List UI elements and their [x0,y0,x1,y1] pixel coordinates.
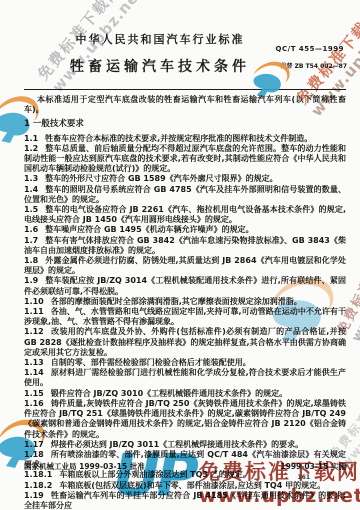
clause-number: 1.12 [24,327,44,336]
clause: 1.6整车噪声应符合 GB 1495《机动车辆允许噪声》的规定。 [24,225,346,235]
clause-text: 外露金属件必须进行防腐、防锈处理,其质量达到 JB 2864《汽车用电镀层和化学… [24,256,346,275]
clause-text: 整车的电气设备应符合 JB 2261《汽车、拖拉机用电气设备基本技术条件》的规定… [24,205,346,224]
clause-number: 1.6 [24,225,38,234]
clause: 1.12改装用的汽车底盘及外协、外购件(包括标准件)必须有制造厂的产品合格证,并… [24,327,346,358]
clause-text: 整车的外形尺寸应符合 GB 1589《汽车外廓尺寸限界》的规定。 [45,174,278,183]
watermark-site-name: 免费标准下载网 [199,460,360,485]
clause-number: 1.18.2 [24,481,52,490]
clause-text: 锻件应符合 JB/ZQ 3010《工程机械锻件通用技术条件》的规定。 [51,389,287,398]
clause: 1.8外露金属件必须进行防腐、防锈处理,其质量达到 JB 2864《汽车用电镀层… [24,256,346,276]
clause-number: 1.2 [24,144,38,153]
watermark-site-url: www.upbz.net [199,485,360,507]
clause: 1.10各部的摩擦面装配时全部涂满润滑脂,其它摩擦表面按规定涂加润滑脂。 [24,297,346,307]
clause-text: 自制的零、部件需经检验部门检验合格后才能装配使用。 [51,358,251,367]
clause-text: 整车总质量、前后轴质量分配均不得超过原汽车底盘的允许范围。整车的动力性能和制动性… [24,144,346,173]
watermark-stamp-bottom-right: UP 免费标准下载网 www.upbz.net [113,452,360,507]
clause: 1.14原材料进厂需经检验部门进行机械性能和化学成分复检,符合技术要求后才能供生… [24,368,346,388]
clause-number: 1.8 [24,256,38,265]
clause-text: 改装用的汽车底盘及外协、外购件(包括标准件)必须有制造厂的产品合格证,并按 GB… [24,327,346,356]
upbz-logo-text: UP [113,450,195,500]
clause: 1.15锻件应符合 JB/ZQ 3010《工程机械锻件通用技术条件》的规定。 [24,389,346,399]
scanned-standard-page: 免费标准下载网 www.upbz.net 免费标准下载网 www.upbz.ne… [0,0,360,510]
clause-text: 原材料进厂需经检验部门进行机械性能和化学成分复检,符合技术要求后才能供生产使用。 [24,368,346,387]
clause-text: 整车噪声应符合 GB 1495《机动车辆允许噪声》的规定。 [45,225,254,234]
clause-number: 1.1 [24,134,38,143]
clause-text: 牲畜车应符合本标准的技术要求,并按规定程序批准的图样和技术文件制造。 [45,134,312,143]
clause: 1.1牲畜车应符合本标准的技术要求,并按规定程序批准的图样和技术文件制造。 [24,134,346,144]
clause-number: 1.16 [24,399,44,408]
section-1-heading: 1 一般技术要求 [24,119,346,129]
clause-text: 铸件质量,灰铸铁件应符合 JB/TQ 250《灰铸铁件通用技术条件》的规定,球墨… [24,399,346,439]
clause-number: 1.3 [24,174,38,183]
clause: 1.16铸件质量,灰铸铁件应符合 JB/TQ 250《灰铸铁件通用技术条件》的规… [24,399,346,440]
watermark-stamp-text: 免费标准下载网 www.upbz.net [199,452,360,507]
clause-text: 各油、气、水管管路和电气线路应固定牢固,夹持可靠,可动管路在运动中不允许有干涉现… [24,307,346,326]
clause-text: 整车装配应按 JB/ZQ 3014《工程机械装配通用技术条件》进行,所有联结件、… [24,276,346,295]
clause: 1.2整车总质量、前后轴质量分配均不得超过原汽车底盘的允许范围。整车的动力性能和… [24,144,346,175]
watermark-site-url: www.upbz.net [350,235,360,346]
clause-text: 整车的照明及信号系统应符合 GB 4785《汽车及挂车外部照明和信号装置的数量、… [24,185,346,204]
clause: 1.13自制的零、部件需经检验部门检验合格后才能装配使用。 [24,358,346,368]
clause-number: 1.4 [24,185,38,194]
clause: 1.9整车装配应按 JB/ZQ 3014《工程机械装配通用技术条件》进行,所有联… [24,276,346,296]
watermark-top-left: 免费标准下载网 www.upbz.net [34,0,148,96]
clause: 1.7整车有害气体排放应符合 GB 3842《汽油车怠速污染物排放标准》、GB … [24,236,346,256]
page-number: 161 [297,474,310,481]
clause-number: 1.19 [24,491,44,500]
clause-number: 1.13 [24,358,44,367]
clause-number: 1.5 [24,205,38,214]
scope-paragraph: 本标准适用于定型汽车底盘改装的牲畜运输汽车和牲畜运输汽车列车(以下简称牲畜车)。 [24,95,346,115]
upbz-logo-icon [240,49,298,102]
header-rule [24,89,346,90]
clause: 1.3整车的外形尺寸应符合 GB 1589《汽车外廓尺寸限界》的规定。 [24,174,346,184]
standard-class-heading: 中华人民共和国汽车行业标准 [0,31,320,47]
clause-number: 1.11 [24,307,44,316]
watermark-site-url: www.upbz.net [48,0,148,96]
clause-number: 1.9 [24,276,38,285]
clause-number: 1.15 [24,389,44,398]
clause-number: 1.18 [24,450,44,459]
clause-number: 1.7 [24,236,38,245]
clause-text: 整车有害气体排放应符合 GB 3842《汽油车怠速污染物排放标准》、GB 384… [24,236,346,255]
clause-number: 1.17 [24,440,44,449]
clause-text: 各部的摩擦面装配时全部涂满润滑脂,其它摩擦表面按规定涂加润滑脂。 [51,297,302,306]
clause-number: 1.10 [24,297,44,306]
watermark-site-name: 免费标准下载网 [293,0,360,108]
standard-number: QC/T 455—1999 [276,45,344,53]
clause: 1.11各油、气、水管管路和电气线路应固定牢固,夹持可靠,可动管路在运动中不允许… [24,307,346,327]
clause-number: 1.14 [24,368,44,377]
clause: 1.4整车的照明及信号系统应符合 GB 4785《汽车及挂车外部照明和信号装置的… [24,185,346,205]
clause: 1.5整车的电气设备应符合 JB 2261《汽车、拖拉机用电气设备基本技术条件》… [24,205,346,225]
